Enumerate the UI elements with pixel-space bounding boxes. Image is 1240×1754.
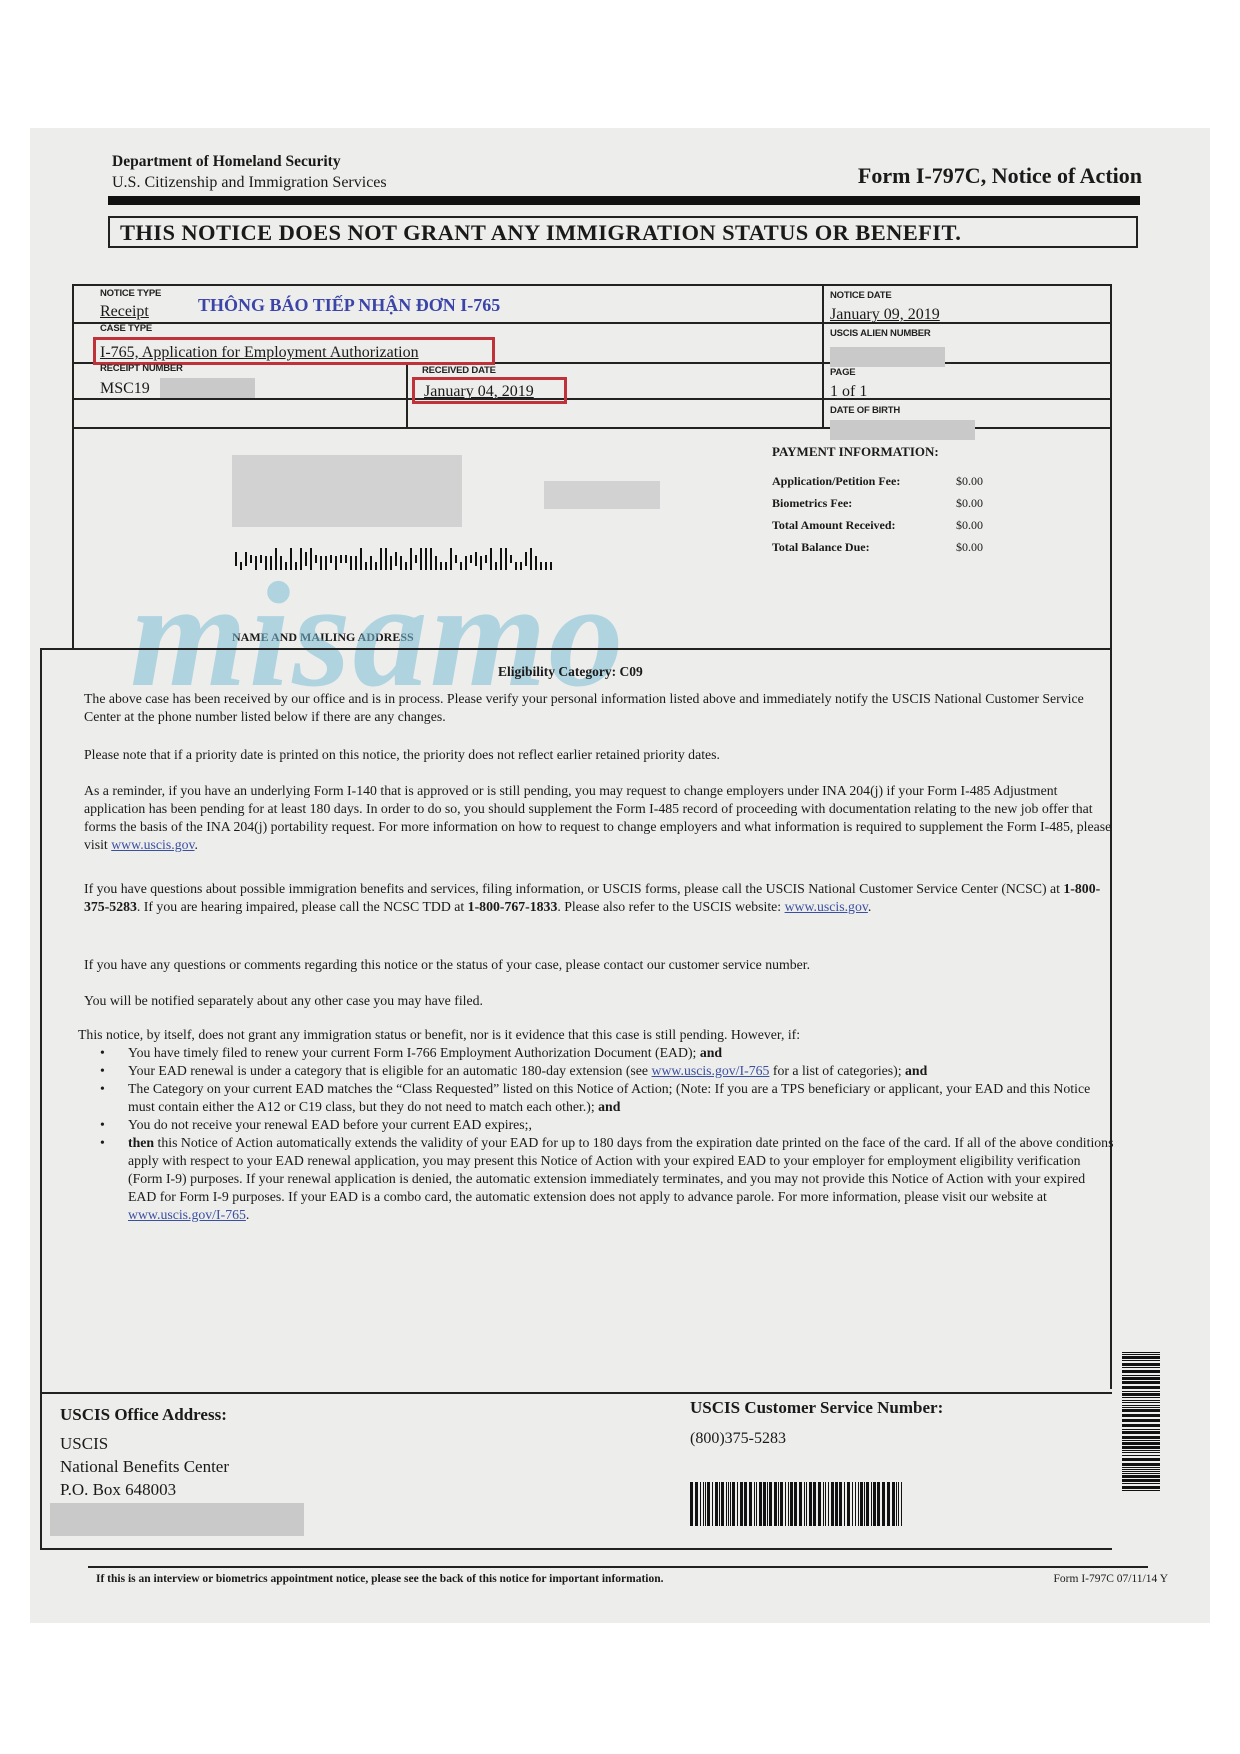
grid-vline-right (822, 284, 824, 429)
bottom-border (40, 1548, 1112, 1550)
received-date-highlight (412, 377, 567, 404)
office-line-3: P.O. Box 648003 (60, 1478, 229, 1501)
notice-type-label: NOTICE TYPE (100, 288, 161, 299)
payment-label: Total Amount Received: (772, 518, 896, 533)
office-line-2: National Benefits Center (60, 1455, 229, 1478)
paragraph-received: The above case has been received by our … (84, 690, 1114, 726)
paragraph-portability: As a reminder, if you have an underlying… (84, 782, 1114, 854)
condition-item: Your EAD renewal is under a category tha… (96, 1062, 1116, 1080)
grid-vline-mid (406, 362, 408, 429)
office-line-1: USCIS (60, 1432, 229, 1455)
page-label: PAGE (830, 367, 855, 378)
office-address: USCIS National Benefits Center P.O. Box … (60, 1432, 229, 1501)
paragraph-questions: If you have any questions or comments re… (84, 956, 1114, 974)
body-left-border (40, 648, 42, 1550)
contact-text-b: . If you are hearing impaired, please ca… (137, 899, 468, 914)
alien-number-redaction (830, 347, 945, 367)
postal-barcode (235, 548, 555, 570)
customer-service-phone: (800)375-5283 (690, 1430, 786, 1448)
grid-hline-1 (72, 322, 1112, 324)
i765-link[interactable]: www.uscis.gov/I-765 (652, 1063, 770, 1078)
payment-value: $0.00 (956, 496, 983, 511)
payment-value: $0.00 (956, 540, 983, 555)
portability-text: As a reminder, if you have an underlying… (84, 783, 1111, 852)
grid-hline-3 (72, 398, 1112, 400)
received-date-label: RECEIVED DATE (422, 365, 496, 376)
customer-service-label: USCIS Customer Service Number: (690, 1398, 943, 1418)
agency-name: U.S. Citizenship and Immigration Service… (112, 173, 387, 192)
recipient-id-redaction (544, 481, 660, 509)
conditions-list: You have timely filed to renew your curr… (96, 1044, 1116, 1224)
body-top-border (40, 648, 1112, 650)
dob-label: DATE OF BIRTH (830, 405, 900, 416)
payment-label: Application/Petition Fee: (772, 474, 900, 489)
payment-title: PAYMENT INFORMATION: (772, 444, 939, 460)
i765-link-2[interactable]: www.uscis.gov/I-765 (128, 1207, 246, 1222)
uscis-link-1[interactable]: www.uscis.gov (111, 837, 194, 852)
vietnamese-annotation: THÔNG BÁO TIẾP NHẬN ĐƠN I-765 (198, 295, 500, 316)
paragraph-contact: If you have questions about possible imm… (84, 880, 1114, 916)
office-top-border (40, 1392, 1112, 1394)
footer-note: If this is an interview or biometrics ap… (96, 1573, 664, 1585)
document-barcode (690, 1482, 903, 1526)
eligibility-category: Eligibility Category: C09 (498, 664, 643, 680)
department-name: Department of Homeland Security (112, 152, 341, 171)
uscis-link-2[interactable]: www.uscis.gov (785, 899, 868, 914)
mailing-address-label: NAME AND MAILING ADDRESS (232, 630, 414, 645)
tdd-phone: 1-800-767-1833 (468, 899, 558, 914)
recipient-name-redaction (232, 455, 462, 527)
page-value: 1 of 1 (830, 383, 867, 401)
form-title: Form I-797C, Notice of Action (858, 163, 1142, 189)
paragraph-separate-notice: You will be notified separately about an… (84, 992, 1114, 1010)
paragraph-priority-date: Please note that if a priority date is p… (84, 746, 1114, 764)
notice-date-value: January 09, 2019 (830, 306, 940, 324)
office-address-label: USCIS Office Address: (60, 1405, 227, 1425)
receipt-number-value: MSC19 (100, 380, 150, 398)
payment-value: $0.00 (956, 518, 983, 533)
contact-text-a: If you have questions about possible imm… (84, 881, 1063, 896)
footer-divider (88, 1566, 1148, 1568)
payment-label: Total Balance Due: (772, 540, 870, 555)
case-type-label: CASE TYPE (100, 323, 152, 334)
office-address-redaction (50, 1503, 304, 1536)
notice-date-label: NOTICE DATE (830, 290, 891, 301)
dob-redaction (830, 420, 975, 440)
notice-type-value: Receipt (100, 303, 149, 321)
receipt-number-redaction (160, 378, 255, 398)
side-barcode (1122, 1352, 1160, 1492)
payment-value: $0.00 (956, 474, 983, 489)
paragraph-not-grant: This notice, by itself, does not grant a… (78, 1026, 1108, 1044)
header-divider (108, 196, 1140, 205)
condition-item: The Category on your current EAD matches… (96, 1080, 1116, 1116)
contact-text-c: . Please also refer to the USCIS website… (557, 899, 784, 914)
case-type-highlight (93, 337, 495, 365)
address-left-border (72, 429, 74, 649)
payment-label: Biometrics Fee: (772, 496, 852, 511)
condition-item: then this Notice of Action automatically… (96, 1134, 1116, 1224)
disclaimer-banner: THIS NOTICE DOES NOT GRANT ANY IMMIGRATI… (108, 216, 1138, 248)
form-identifier: Form I-797C 07/11/14 Y (1054, 1573, 1168, 1585)
alien-number-label: USCIS ALIEN NUMBER (830, 328, 931, 339)
condition-item: You do not receive your renewal EAD befo… (96, 1116, 1116, 1134)
receipt-number-label: RECEIPT NUMBER (100, 363, 183, 374)
condition-item: You have timely filed to renew your curr… (96, 1044, 1116, 1062)
